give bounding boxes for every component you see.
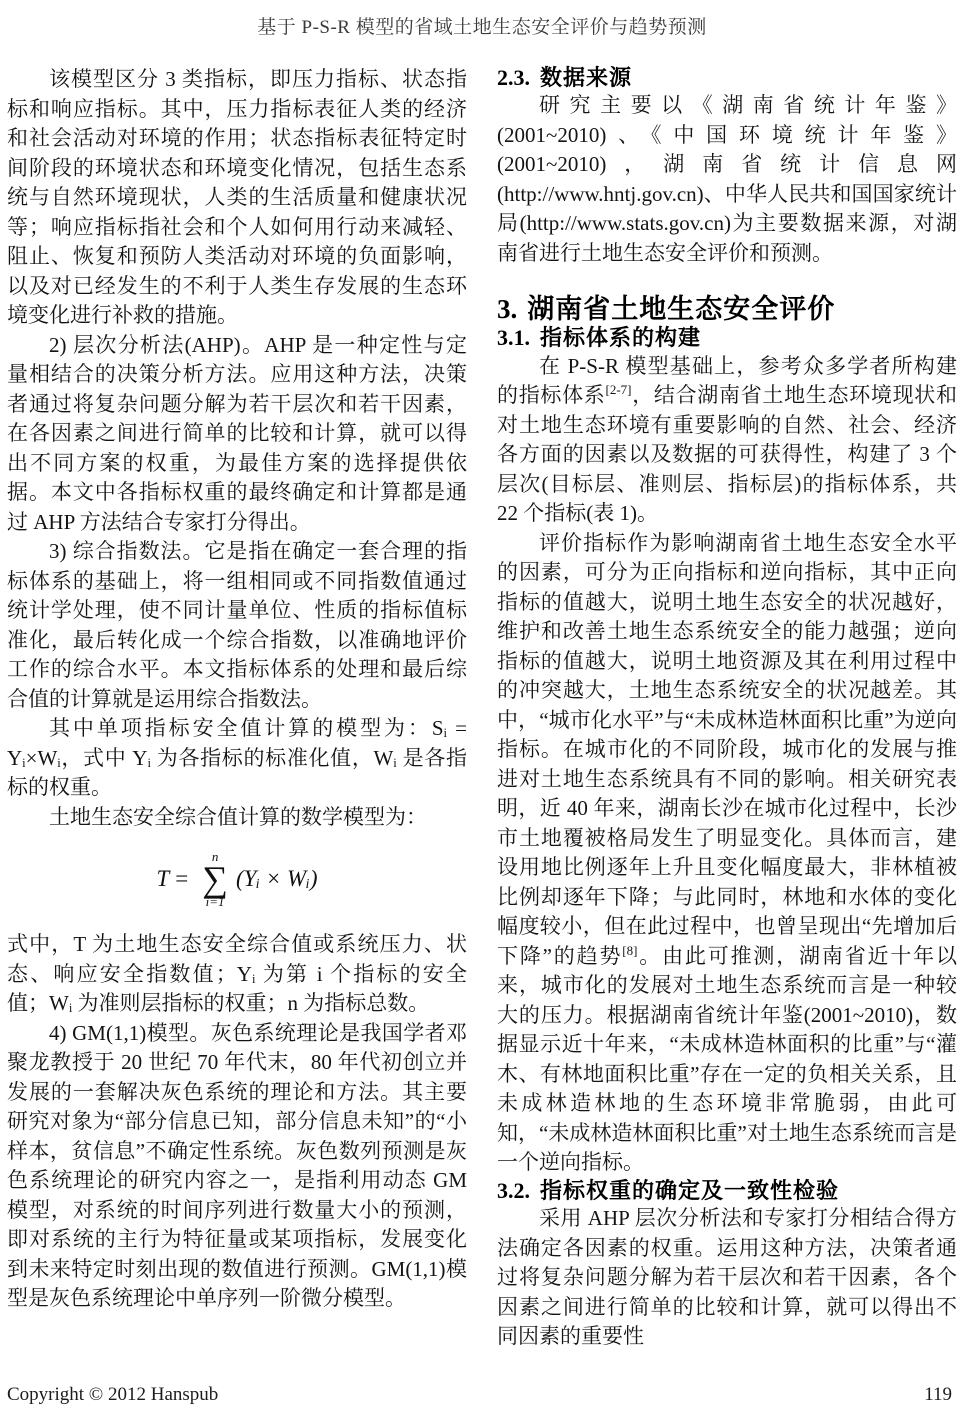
left-column: 该模型区分 3 类指标，即压力指标、状态指标和响应指标。其中，压力指标表征人类的…	[7, 65, 467, 1352]
paragraph-gm-model: 4) GM(1,1)模型。灰色系统理论是我国学者邓聚龙教授于 20 世纪 70 …	[7, 1019, 467, 1314]
heading-number: 3.2.	[497, 1178, 530, 1203]
sigma-icon: ∑	[202, 863, 228, 895]
citation-ref-8: [8]	[622, 943, 637, 958]
heading-text: 指标体系的构建	[540, 325, 701, 350]
page-footer: Copyright © 2012 Hanspub 119	[7, 1384, 952, 1406]
paragraph-ahp-weights: 采用 AHP 层次分析法和专家打分相结合得方法确定各因素的权重。运用这种方法，决…	[497, 1204, 957, 1352]
right-column: 2.3.数据来源 研究主要以《湖南省统计年鉴》(2001~2010)、《中国环境…	[497, 65, 957, 1352]
heading-3-hunan-evaluation: 3.湖南省土地生态安全评价	[497, 294, 957, 325]
running-head: 基于 P-S-R 模型的省域土地生态安全评价与趋势预测	[7, 12, 957, 39]
heading-text: 数据来源	[540, 65, 632, 90]
paragraph-formula-explanation: 式中，T 为土地生态安全综合值或系统压力、状态、响应安全指数值；Yᵢ 为第 i …	[7, 930, 467, 1019]
formula-equals: =	[175, 866, 188, 892]
paragraph-single-indicator-model: 其中单项指标安全值计算的模型为：Sᵢ = Yᵢ×Wᵢ，式中 Yᵢ 为各指标的标准…	[7, 714, 467, 803]
copyright-notice: Copyright © 2012 Hanspub	[7, 1384, 218, 1406]
sum-formula: T = n ∑ i=1 (Yᵢ × Wᵢ)	[7, 850, 467, 908]
heading-3-1-indicator-system: 3.1.指标体系的构建	[497, 325, 957, 351]
formula-rhs: (Yᵢ × Wᵢ)	[236, 866, 318, 892]
heading-text: 湖南省土地生态安全评价	[527, 294, 835, 324]
heading-number: 3.	[497, 294, 517, 324]
heading-3-2-weights-consistency: 3.2.指标权重的确定及一致性检验	[497, 1178, 957, 1204]
page-number: 119	[924, 1384, 952, 1406]
heading-2-3-data-sources: 2.3.数据来源	[497, 65, 957, 91]
paragraph-composite-index-method: 3) 综合指数法。它是指在确定一套合理的指标体系的基础上，将一组相同或不同指数值…	[7, 537, 467, 714]
citation-ref-2-7: [2-7]	[606, 382, 632, 397]
sigma-lower-limit: i=1	[206, 895, 225, 908]
heading-number: 2.3.	[497, 65, 530, 90]
heading-text: 指标权重的确定及一致性检验	[540, 1178, 839, 1203]
heading-number: 3.1.	[497, 325, 530, 350]
two-column-body: 该模型区分 3 类指标，即压力指标、状态指标和响应指标。其中，压力指标表征人类的…	[7, 65, 957, 1352]
paragraph-data-sources: 研究主要以《湖南省统计年鉴》(2001~2010)、《中国环境统计年鉴》(200…	[497, 91, 957, 268]
sigma-with-limits: n ∑ i=1	[202, 850, 228, 908]
formula-lhs: T	[156, 866, 169, 892]
paragraph-ahp-method: 2) 层次分析法(AHP)。AHP 是一种定性与定量相结合的决策分析方法。应用这…	[7, 331, 467, 538]
paragraph-formula-intro: 土地生态安全综合值计算的数学模型为：	[7, 803, 467, 833]
paper-page: 基于 P-S-R 模型的省域土地生态安全评价与趋势预测 该模型区分 3 类指标，…	[0, 0, 964, 1414]
paragraph-model-indicators: 该模型区分 3 类指标，即压力指标、状态指标和响应指标。其中，压力指标表征人类的…	[7, 65, 467, 331]
paragraph-positive-negative-indicators: 评价指标作为影响湖南省土地生态安全水平的因素，可分为正向指标和逆向指标，其中正向…	[497, 529, 957, 1178]
paragraph-indicator-system: 在 P-S-R 模型基础上，参考众多学者所构建的指标体系[2-7]，结合湖南省土…	[497, 352, 957, 529]
